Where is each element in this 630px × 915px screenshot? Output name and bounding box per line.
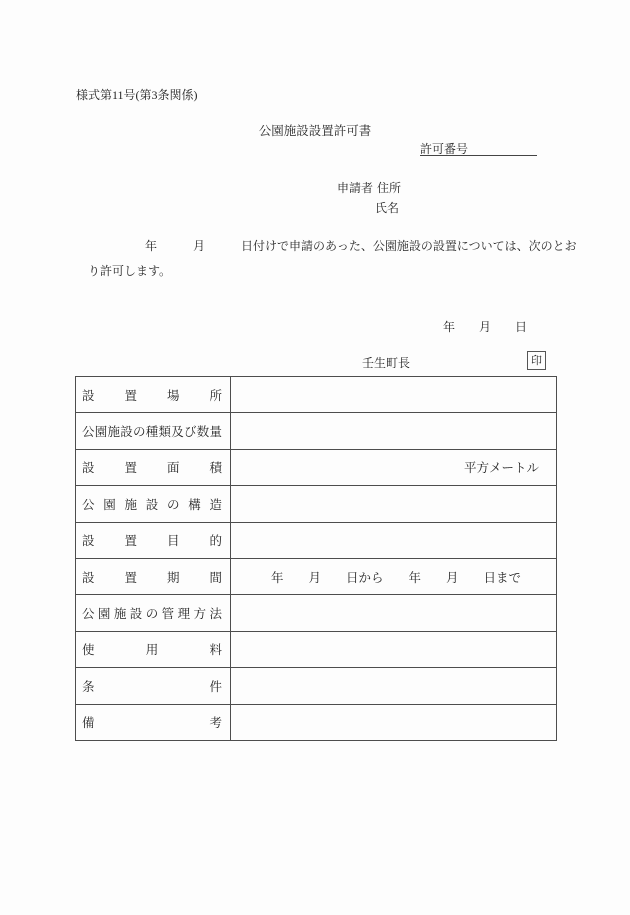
table-row: 設置期間 年 月 日から 年 月 日まで — [76, 558, 557, 594]
table-row: 設置目的 — [76, 522, 557, 558]
table-row: 公園施設の管理方法 — [76, 595, 557, 631]
permit-number-label: 許可番号 — [420, 142, 468, 156]
document-page: 様式第11号(第3条関係) 公園施設設置許可書 許可番号 申請者住所 氏名 年 … — [0, 0, 630, 915]
applicant-line: 申請者住所 — [337, 179, 401, 196]
row-value-period: 年 月 日から 年 月 日まで — [231, 558, 557, 594]
row-label-location: 設置場所 — [76, 377, 231, 413]
seal-label: 印 — [531, 355, 542, 367]
row-value-location — [231, 377, 557, 413]
row-label-conditions: 条件 — [76, 668, 231, 704]
table-row: 備考 — [76, 704, 557, 740]
row-value-remarks — [231, 704, 557, 740]
permit-details-table: 設置場所 公園施設の種類及び数量 設置面積 平方メートル 公園施設の構造 設置目… — [75, 376, 557, 741]
row-label-usage-fee: 使用料 — [76, 631, 231, 667]
seal-placeholder-box: 印 — [527, 351, 546, 370]
row-label-period: 設置期間 — [76, 558, 231, 594]
table-row: 条件 — [76, 668, 557, 704]
row-value-area: 平方メートル — [231, 449, 557, 485]
applicant-name-label: 氏名 — [375, 199, 399, 216]
row-label-purpose: 設置目的 — [76, 522, 231, 558]
row-value-type-quantity — [231, 413, 557, 449]
table-row: 設置場所 — [76, 377, 557, 413]
body-text-line-2: り許可します。 — [88, 262, 171, 279]
row-value-purpose — [231, 522, 557, 558]
permit-number-field: 許可番号 — [420, 140, 537, 156]
table-row: 公園施設の構造 — [76, 486, 557, 522]
row-label-structure: 公園施設の構造 — [76, 486, 231, 522]
issuer-title: 壬生町長 — [362, 354, 410, 371]
table-row: 使用料 — [76, 631, 557, 667]
row-label-area: 設置面積 — [76, 449, 231, 485]
row-value-usage-fee — [231, 631, 557, 667]
row-label-management: 公園施設の管理方法 — [76, 595, 231, 631]
row-label-remarks: 備考 — [76, 704, 231, 740]
row-value-structure — [231, 486, 557, 522]
applicant-label: 申請者 — [337, 181, 373, 195]
table-row: 公園施設の種類及び数量 — [76, 413, 557, 449]
row-value-management — [231, 595, 557, 631]
issue-date-line: 年 月 日 — [443, 318, 527, 335]
applicant-address-label: 住所 — [377, 181, 401, 195]
row-label-type-quantity: 公園施設の種類及び数量 — [76, 413, 231, 449]
form-number: 様式第11号(第3条関係) — [76, 86, 198, 103]
row-value-conditions — [231, 668, 557, 704]
table-row: 設置面積 平方メートル — [76, 449, 557, 485]
page-title: 公園施設設置許可書 — [0, 121, 630, 139]
body-text-line-1: 年 月 日付けで申請のあった、公園施設の設置については、次のとお — [145, 237, 577, 254]
